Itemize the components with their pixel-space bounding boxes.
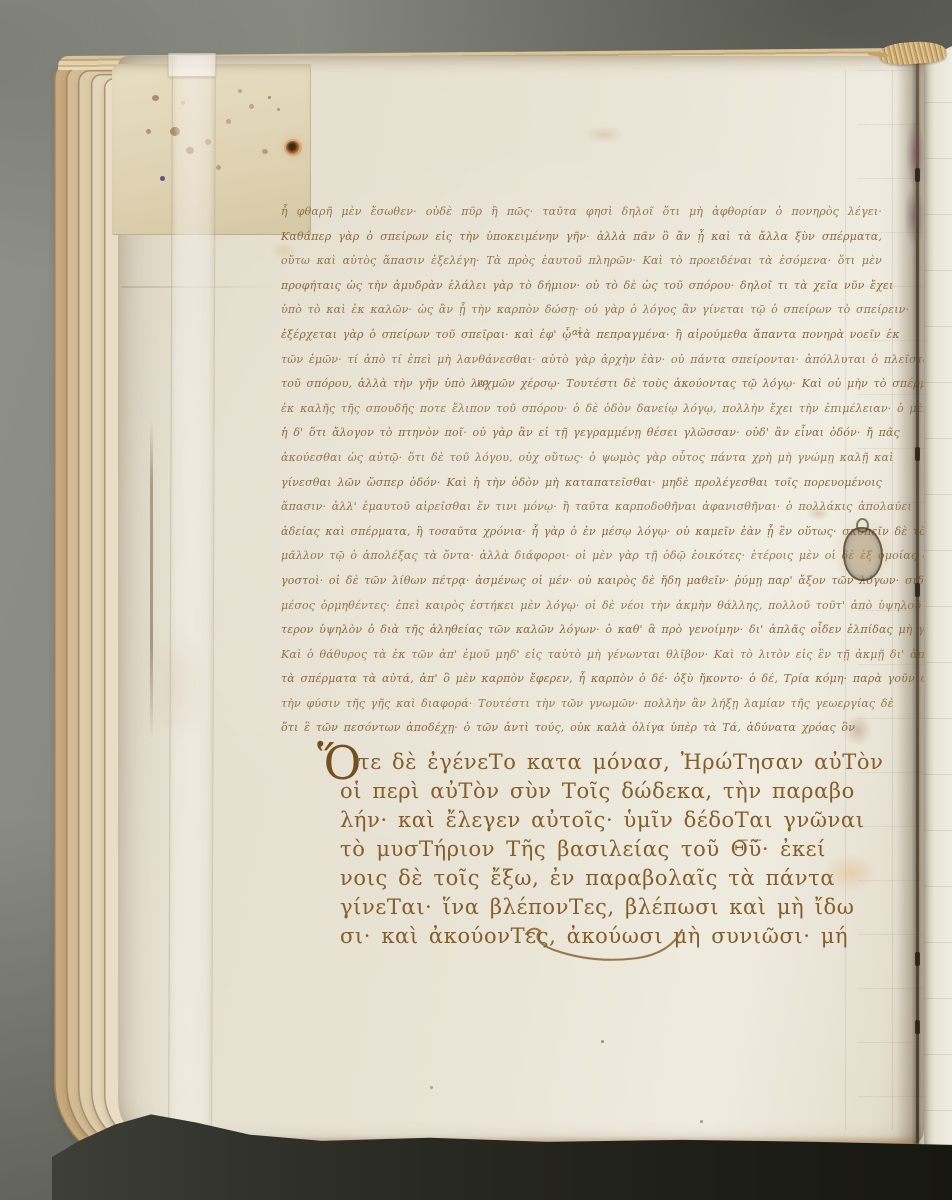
commentary-line: ἅπασιν· ἀλλ' ἐμαυτοῦ αἱρεῖσθαι ἔν τινι μ… bbox=[281, 495, 882, 520]
ink-ring-blot bbox=[843, 527, 883, 581]
lemma-line: οἱ περὶ αὐΤὸν σὺν Τοῖς δώδεκα, τὴν παραβ… bbox=[340, 777, 826, 806]
stain bbox=[844, 714, 872, 746]
purple-ink-dot bbox=[160, 176, 165, 181]
commentary-line: γοστοὶ· οἱ δὲ τῶν λίθων πέτρᾳ· ἀσμένως ο… bbox=[281, 569, 882, 594]
sewing-hole bbox=[915, 952, 920, 966]
foxing-spot bbox=[226, 119, 231, 124]
commentary-line: γίνεσθαι λῶν ὥσπερ ὁδόν· Καὶ ἡ τὴν ὁδὸν … bbox=[281, 471, 882, 496]
commentary-line: ἡ δ' ὅτι ἄλογον τὸ πτηνὸν ποῖ· οὐ γὰρ ἂν… bbox=[281, 421, 882, 446]
commentary-line: τὴν φύσιν τῆς γῆς καὶ διαφορά· Τουτέστι … bbox=[281, 692, 882, 717]
foxing-spot bbox=[268, 96, 271, 99]
foxing-spot bbox=[238, 89, 242, 93]
commentary-line: ἀκούεσθαι ὡς αὐτῷ· ὅτι δὲ τοῦ λόγου, οὐχ… bbox=[281, 446, 882, 471]
commentary-line: τὰ σπέρματα τὰ αὐτά, ἀπ' ὃ μὲν καρπὸν ἔφ… bbox=[281, 667, 882, 692]
commentary-line: μᾶλλον τῷ ὁ ἀπολέξας τὰ ὄντα· ἀλλὰ διάφο… bbox=[281, 544, 882, 569]
sewing-hole bbox=[915, 1020, 920, 1034]
speck bbox=[430, 1086, 433, 1089]
stain bbox=[140, 620, 210, 750]
commentary-line: τοῦ σπόρου, ἀλλὰ τὴν γῆν ὑπὸ λοχμῶν χέρσ… bbox=[281, 372, 882, 397]
commentary-line: τερον ὑψηλὸν ὁ διὰ τῆς ἀληθείας τῶν καλῶ… bbox=[281, 618, 882, 643]
lemma-line: νοις δὲ τοῖς ἔξω, ἐν παραβολαῖς τὰ πάντα bbox=[340, 864, 826, 893]
stain bbox=[584, 126, 624, 143]
commentary-line: ἐκ καλῆς τῆς σπουδῆς ποτε ἔλιπον τοῦ σπό… bbox=[281, 397, 882, 422]
facing-page-sliver bbox=[924, 46, 952, 1148]
commentary-line: ἀδείας καὶ σπέρματα, ἢ τοσαῦτα χρόνια· ἦ… bbox=[281, 520, 882, 545]
repair-tape-end bbox=[168, 53, 216, 77]
foxing-spot bbox=[277, 108, 280, 111]
speck bbox=[700, 1120, 703, 1123]
pen-flourish bbox=[520, 912, 690, 964]
speck bbox=[601, 1040, 604, 1043]
commentary-line: προφήταις ὡς τὴν ἀμυδρὰν ἐλάλει γὰρ τὸ δ… bbox=[281, 274, 882, 299]
lemma-line: λήν· καὶ ἔλεγεν αὐτοῖς· ὑμῖν δέδοΤαι γνῶ… bbox=[340, 806, 826, 835]
commentary-line: ὑπὸ τὸ καὶ ἐκ καλῶν· ὡς ἂν ᾖ τὴν καρπὸν … bbox=[281, 298, 882, 323]
sewing-hole bbox=[915, 447, 920, 461]
foxing-spot bbox=[152, 95, 159, 101]
sewing-hole bbox=[915, 583, 920, 597]
foxing-spot bbox=[216, 165, 221, 170]
stain bbox=[806, 506, 830, 521]
commentary-text: ἦ φθαρῆ μὲν ἔσωθεν· οὐδὲ πῦρ ἢ πῶς· ταῦτ… bbox=[281, 200, 882, 741]
commentary-line: Καὶ ὁ θάθυρος τὰ ἐκ τῶν ἀπ' ἐμοῦ μηδ' εἰ… bbox=[281, 643, 882, 668]
sewing-hole bbox=[915, 168, 920, 182]
stain bbox=[270, 242, 298, 260]
interlinear-note: μρ bbox=[477, 378, 488, 388]
lemma-line: τὸ μυσΤήριον Τῆς βασιλείας τοῦ Θ̅ῦ̅· ἐκε… bbox=[340, 835, 826, 864]
photo-of-manuscript: ἦ φθαρῆ μὲν ἔσωθεν· οὐδὲ πῦρ ἢ πῶς· ταῦτ… bbox=[0, 0, 952, 1200]
commentary-line: μέσος ὁρμηθέντες· ἐπεὶ καιρὸς ἐστήκει μὲ… bbox=[281, 594, 882, 619]
commentary-line: οὕτω καὶ αὐτὸς ἅπασιν ἐξελέγη· Τὰ πρὸς ἑ… bbox=[281, 249, 882, 274]
stain bbox=[824, 854, 876, 892]
gutter-stain bbox=[904, 186, 924, 246]
interlinear-note: αἱ bbox=[572, 328, 582, 338]
foxing-spot bbox=[262, 149, 268, 154]
lemma-line: τε δὲ ἐγένεΤο κατα μόνασ, ἨρώΤησαν αὐΤὸν bbox=[340, 748, 826, 777]
commentary-line: Καθάπερ γὰρ ὁ σπείρων εἰς τὴν ὑποκειμένη… bbox=[281, 225, 882, 250]
commentary-line: τῶν ἐμῶν· τί ἀπὸ τί ἐπεὶ μὴ λανθάνεσθαι·… bbox=[281, 348, 882, 373]
commentary-line: ἦ φθαρῆ μὲν ἔσωθεν· οὐδὲ πῦρ ἢ πῶς· ταῦτ… bbox=[281, 200, 882, 225]
foxing-spot bbox=[146, 129, 151, 134]
wormhole-stain bbox=[286, 141, 300, 154]
foxing-spot bbox=[249, 104, 254, 109]
repair-tape-strip bbox=[168, 56, 216, 1144]
